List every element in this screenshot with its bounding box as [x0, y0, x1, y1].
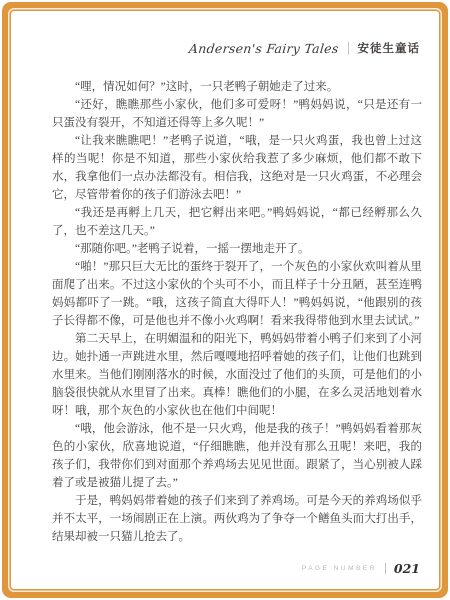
story-paragraph: “啪！”那只巨大无比的蛋终于裂开了，一个灰色的小家伙欢叫着从里面爬了出来。不过这…	[52, 258, 422, 330]
story-paragraph: “哩，情况如何？”这时，一只老鸭子朝她走了过来。	[52, 78, 422, 96]
page-frame: Andersen's Fairy Tales 安徒生童话 “哩，情况如何？”这时…	[2, 2, 448, 598]
footer-divider	[385, 563, 386, 574]
story-paragraph: “让我来瞧瞧吧！”老鸭子说道，“哦，是一只火鸡蛋，我也曾上过这样的当呢！你是不知…	[52, 132, 422, 204]
page-number: 021	[394, 561, 420, 576]
story-paragraph: “还好，瞧瞧那些小家伙，他们多可爱呀！”鸭妈妈说，“只是还有一只蛋没有裂开，不知…	[52, 96, 422, 132]
story-paragraph: “我还是再孵上几天，把它孵出来吧。”鸭妈妈说，“都已经孵那么久了，也不差这几天。…	[52, 204, 422, 240]
page: Andersen's Fairy Tales 安徒生童话 “哩，情况如何？”这时…	[11, 11, 439, 589]
story-paragraph: “那随你吧。”老鸭子说着，一摇一摆地走开了。	[52, 240, 422, 258]
book-page-screenshot: Andersen's Fairy Tales 安徒生童话 “哩，情况如何？”这时…	[0, 0, 450, 600]
header-divider	[348, 42, 349, 55]
story-paragraph: 于是，鸭妈妈带着她的孩子们来到了养鸡场。可是今天的养鸡场似乎并不太平，一场闹剧正…	[52, 492, 422, 546]
story-text: “哩，情况如何？”这时，一只老鸭子朝她走了过来。“还好，瞧瞧那些小家伙，他们多可…	[52, 78, 422, 546]
page-number-label: PAGE NUMBER	[302, 565, 377, 572]
page-footer: PAGE NUMBER 021	[302, 561, 420, 576]
story-paragraph: 第二天早上，在明媚温和的阳光下，鸭妈妈带着小鸭子们来到了小河边。她扑通一声跳进水…	[52, 330, 422, 420]
page-header: Andersen's Fairy Tales 安徒生童话	[189, 40, 420, 56]
story-paragraph: “哦，他会游泳，他不是一只火鸡，他是我的孩子！”鸭妈妈看着那灰色的小家伙，欣喜地…	[52, 420, 422, 492]
book-title-chinese: 安徒生童话	[358, 40, 421, 56]
book-title-english: Andersen's Fairy Tales	[188, 41, 339, 56]
